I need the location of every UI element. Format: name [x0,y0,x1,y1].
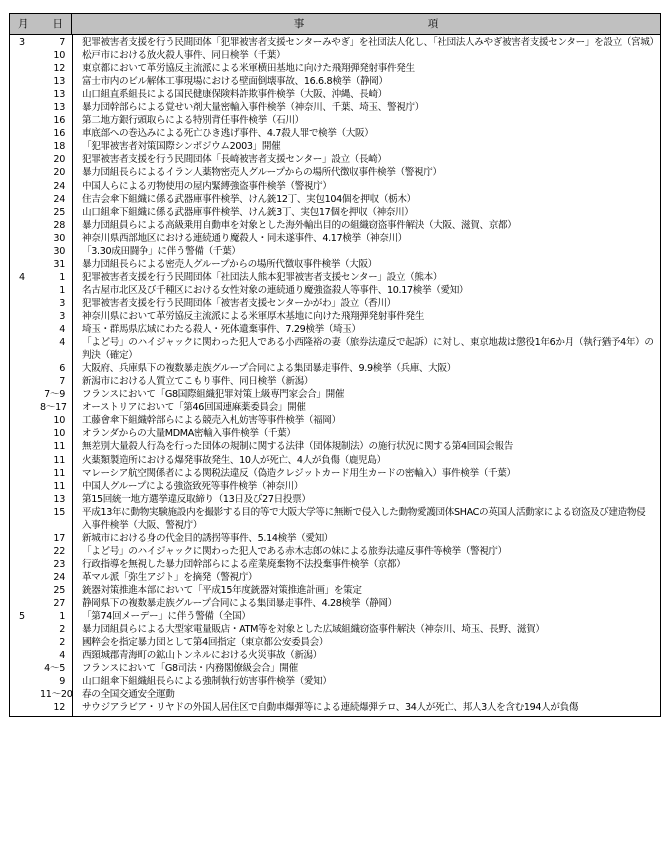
table-row: 7〜9フランスにおいて「G8国際組織犯罪対策上級専門家会合」開催 [10,388,660,401]
day-cell: 12 [40,701,72,714]
table-row: 4〜5フランスにおいて「G8司法・内務閣僚級会合」開催 [10,662,660,675]
table-row: 1名古屋市北区及び千種区における女性対象の連続通り魔強盗殺人等事件、10.17検… [10,284,660,297]
day-cell: 1 [40,610,72,623]
event-cell: 山口組直系組長による国民健康保険料詐欺事件検挙（大阪、沖縄、長崎） [72,88,660,101]
table-row: 24中国人らによる刃物使用の屋内緊縛強盗事件検挙（警視庁） [10,180,660,193]
month-cell [10,401,40,414]
table-row: 3神奈川県において革労協反主流派による米軍厚木基地に向けた飛翔弾発射事件発生 [10,310,660,323]
day-cell: 30 [40,245,72,258]
day-cell: 13 [40,88,72,101]
month-cell [10,297,40,310]
month-cell [10,232,40,245]
table-row: 27静岡県下の複数暴走族グループ合同による集団暴走事件、4.28検挙（静岡） [10,597,660,610]
day-cell: 13 [40,101,72,114]
day-cell: 24 [40,193,72,206]
month-cell [10,245,40,258]
day-cell: 10 [40,427,72,440]
event-cell: 新潟市における人質立てこもり事件、同日検挙（新潟） [72,375,660,388]
month-cell [10,88,40,101]
event-cell: 犯罪被害者支援を行う民間団体「犯罪被害者支援センターみやぎ」を社団法人化し、「社… [72,36,660,49]
event-cell: 國粹会を指定暴力団として第4回指定（東京都公安委員会） [72,636,660,649]
month-cell [10,467,40,480]
event-cell: 大阪府、兵庫県下の複数暴走族グループ合同による集団暴走事件、9.9検挙（兵庫、大… [72,362,660,375]
table-row: 2暴力団組員らによる大型家電量販店・ATM等を対象とした広域組織窃盗事件解決（神… [10,623,660,636]
table-row: 2國粹会を指定暴力団として第4回指定（東京都公安委員会） [10,636,660,649]
event-cell: 中国人グループによる強盗致死等事件検挙（神奈川） [72,480,660,493]
month-cell [10,662,40,675]
event-cell: 新城市における身の代金目的誘拐等事件、5.14検挙（愛知） [72,532,660,545]
day-cell: 22 [40,545,72,558]
month-cell [10,688,40,701]
day-cell: 25 [40,584,72,597]
month-cell [10,375,40,388]
event-cell: 犯罪被害者支援を行う民間団体「長崎被害者支援センター」設立（長崎） [72,153,660,166]
event-cell: 車底部への巻込みによる死亡ひき逃げ事件、4.7殺人罪で検挙（大阪） [72,127,660,140]
month-cell [10,623,40,636]
event-cell: 平成13年に動物実験施設内を撮影する目的等で大阪大学等に無断で侵入した動物愛護団… [72,506,660,532]
event-cell: 暴力団組長らによるイラン人薬物密売人グループからの場所代徴収事件検挙（警視庁） [72,166,660,179]
table-row: 4西頸城郡青海町の鉱山トンネルにおける火災事故（新潟） [10,649,660,662]
table-row: 4埼玉・群馬県広域にわたる殺人・死体遺棄事件、7.29検挙（埼玉） [10,323,660,336]
event-cell: 春の全国交通安全運動 [72,688,660,701]
event-cell: 「よど号」のハイジャックに関わった犯人である赤木志郎の妹による旅券法違反事件等検… [72,545,660,558]
event-cell: 中国人らによる刃物使用の屋内緊縛強盗事件検挙（警視庁） [72,180,660,193]
event-cell: 住吉会傘下組織に係る武器庫事件検挙、けん銃12丁、実包104個を押収（栃木） [72,193,660,206]
header-matter: 事 項 [72,14,660,34]
table-row: 25山口組傘下組織に係る武器庫事件検挙、けん銃3丁、実包17個を押収（神奈川） [10,206,660,219]
day-cell: 1 [40,271,72,284]
event-cell: 犯罪被害者支援を行う民間団体「社団法人熊本犯罪被害者支援センター」設立（熊本） [72,271,660,284]
event-cell: 「第74回メーデー」に伴う警備（全国） [72,610,660,623]
event-cell: 山口組傘下組織組長らによる強制執行妨害事件検挙（愛知） [72,675,660,688]
month-cell [10,480,40,493]
event-cell: フランスにおいて「G8国際組織犯罪対策上級専門家会合」開催 [72,388,660,401]
day-cell: 11 [40,440,72,453]
event-cell: 「よど号」のハイジャックに関わった犯人である小西隆裕の妻（旅券法違反で起訴）に対… [72,336,660,362]
month-cell [10,336,40,362]
month-cell [10,454,40,467]
month-cell [10,310,40,323]
day-cell: 13 [40,493,72,506]
header-matter-char-1: 事 [294,14,305,34]
table-row: 20暴力団組長らによるイラン人薬物密売人グループからの場所代徴収事件検挙（警視庁… [10,166,660,179]
table-row: 15平成13年に動物実験施設内を撮影する目的等で大阪大学等に無断で侵入した動物愛… [10,506,660,532]
day-cell: 11 [40,480,72,493]
event-cell: 富士市内のビル解体工事現場における壁面倒壊事故、16.6.8検挙（静岡） [72,75,660,88]
day-cell: 17 [40,532,72,545]
event-cell: 「3.30成田闘争」に伴う警備（千葉） [72,245,660,258]
table-row: 28暴力団組員らによる高級乗用自動車を対象とした海外輸出目的の組織窃盗事件解決（… [10,219,660,232]
event-cell: 暴力団組員らによる大型家電量販店・ATM等を対象とした広域組織窃盗事件解決（神奈… [72,623,660,636]
event-cell: フランスにおいて「G8司法・内務閣僚級会合」開催 [72,662,660,675]
month-cell [10,114,40,127]
month-cell [10,427,40,440]
table-row: 3犯罪被害者支援を行う民間団体「被害者支援センターかがわ」設立（香川） [10,297,660,310]
month-cell: 4 [10,271,40,284]
month-cell: 3 [10,36,40,49]
table-row: 13山口組直系組長による国民健康保険料詐欺事件検挙（大阪、沖縄、長崎） [10,88,660,101]
day-cell: 23 [40,558,72,571]
month-cell [10,701,40,714]
day-cell: 20 [40,166,72,179]
event-cell: 山口組傘下組織に係る武器庫事件検挙、けん銃3丁、実包17個を押収（神奈川） [72,206,660,219]
month-cell [10,388,40,401]
table-row: 12サウジアラビア・リヤドの外国人居住区で自動車爆弾等による連続爆弾テロ、34人… [10,701,660,716]
event-cell: 火薬類製造所における爆発事故発生、10人が死亡、4人が負傷（鹿児島） [72,454,660,467]
day-cell: 4 [40,336,72,362]
table-row: 11無差別大量殺人行為を行った団体の規制に関する法律（団体規制法）の施行状況に関… [10,440,660,453]
day-cell: 27 [40,597,72,610]
table-row: 16第二地方銀行頭取らによる特別背任事件検挙（石川） [10,114,660,127]
month-cell [10,532,40,545]
table-body: 37犯罪被害者支援を行う民間団体「犯罪被害者支援センターみやぎ」を社団法人化し、… [10,35,660,716]
month-cell [10,101,40,114]
event-cell: 工藤會傘下組織幹部らによる競売入札妨害等事件検挙（福岡） [72,414,660,427]
month-cell [10,558,40,571]
table-row: 41犯罪被害者支援を行う民間団体「社団法人熊本犯罪被害者支援センター」設立（熊本… [10,271,660,284]
day-cell: 6 [40,362,72,375]
event-cell: 神奈川県において革労協反主流派による米軍厚木基地に向けた飛翔弾発射事件発生 [72,310,660,323]
table-row: 25銃器対策推進本部において「平成15年度銃器対策推進計画」を策定 [10,584,660,597]
event-cell: 「犯罪被害者対策国際シンポジウム2003」開催 [72,140,660,153]
day-cell: 2 [40,623,72,636]
table-row: 11〜20春の全国交通安全運動 [10,688,660,701]
day-cell: 15 [40,506,72,532]
month-cell [10,166,40,179]
header-matter-char-2: 項 [428,14,439,34]
month-cell [10,649,40,662]
table-row: 20犯罪被害者支援を行う民間団体「長崎被害者支援センター」設立（長崎） [10,153,660,166]
table-row: 24住吉会傘下組織に係る武器庫事件検挙、けん銃12丁、実包104個を押収（栃木） [10,193,660,206]
month-cell [10,219,40,232]
day-cell: 2 [40,636,72,649]
month-cell [10,62,40,75]
event-cell: 暴力団組長らによる密売人グループからの場所代徴収事件検挙（大阪） [72,258,660,271]
table-row: 30神奈川県西部地区における連続通り魔殺人・同未遂事件、4.17検挙（神奈川） [10,232,660,245]
month-cell [10,140,40,153]
table-row: 31暴力団組長らによる密売人グループからの場所代徴収事件検挙（大阪） [10,258,660,271]
table-row: 37犯罪被害者支援を行う民間団体「犯罪被害者支援センターみやぎ」を社団法人化し、… [10,35,660,49]
event-cell: 無差別大量殺人行為を行った団体の規制に関する法律（団体規制法）の施行状況に関する… [72,440,660,453]
day-cell: 16 [40,114,72,127]
month-cell [10,636,40,649]
table-row: 11マレーシア航空関係者による関税法違反（偽造クレジットカード用生カードの密輸入… [10,467,660,480]
event-cell: 名古屋市北区及び千種区における女性対象の連続通り魔強盗殺人等事件、10.17検挙… [72,284,660,297]
table-row: 10オランダからの大量MDMA密輸入事件検挙（千葉） [10,427,660,440]
table-row: 7新潟市における人質立てこもり事件、同日検挙（新潟） [10,375,660,388]
table-row: 17新城市における身の代金目的誘拐等事件、5.14検挙（愛知） [10,532,660,545]
event-cell: 暴力団組員らによる高級乗用自動車を対象とした海外輸出目的の組織窃盗事件解決（大阪… [72,219,660,232]
header-day: 日 [40,14,72,34]
event-cell: 革マル派「弥生アジト」を摘発（警視庁） [72,571,660,584]
month-cell [10,414,40,427]
month-cell [10,49,40,62]
event-cell: 松戸市における放火殺人事件、同日検挙（千葉） [72,49,660,62]
day-cell: 4 [40,323,72,336]
event-cell: 西頸城郡青海町の鉱山トンネルにおける火災事故（新潟） [72,649,660,662]
table-row: 13第15回統一地方選挙違反取締り（13日及び27日投票） [10,493,660,506]
day-cell: 30 [40,232,72,245]
table-row: 9山口組傘下組織組長らによる強制執行妨害事件検挙（愛知） [10,675,660,688]
table-header: 月 日 事 項 [10,14,660,35]
month-cell [10,597,40,610]
day-cell: 11 [40,467,72,480]
table-row: 11火薬類製造所における爆発事故発生、10人が死亡、4人が負傷（鹿児島） [10,454,660,467]
day-cell: 9 [40,675,72,688]
table-row: 30「3.30成田闘争」に伴う警備（千葉） [10,245,660,258]
day-cell: 24 [40,180,72,193]
event-cell: オーストリアにおいて「第46回国連麻薬委員会」開催 [72,401,660,414]
event-cell: 第二地方銀行頭取らによる特別背任事件検挙（石川） [72,114,660,127]
month-cell [10,440,40,453]
event-cell: 神奈川県西部地区における連続通り魔殺人・同未遂事件、4.17検挙（神奈川） [72,232,660,245]
day-cell: 16 [40,127,72,140]
table-row: 10松戸市における放火殺人事件、同日検挙（千葉） [10,49,660,62]
day-cell: 10 [40,49,72,62]
month-cell [10,545,40,558]
month-cell [10,323,40,336]
table-row: 8〜17オーストリアにおいて「第46回国連麻薬委員会」開催 [10,401,660,414]
event-cell: マレーシア航空関係者による関税法違反（偽造クレジットカード用生カードの密輸入）事… [72,467,660,480]
event-cell: 第15回統一地方選挙違反取締り（13日及び27日投票） [72,493,660,506]
day-cell: 25 [40,206,72,219]
table-row: 13富士市内のビル解体工事現場における壁面倒壊事故、16.6.8検挙（静岡） [10,75,660,88]
table-row: 18「犯罪被害者対策国際シンポジウム2003」開催 [10,140,660,153]
day-cell: 20 [40,153,72,166]
day-cell: 13 [40,75,72,88]
table-row: 10工藤會傘下組織幹部らによる競売入札妨害等事件検挙（福岡） [10,414,660,427]
day-cell: 28 [40,219,72,232]
table-row: 6大阪府、兵庫県下の複数暴走族グループ合同による集団暴走事件、9.9検挙（兵庫、… [10,362,660,375]
table-row: 11中国人グループによる強盗致死等事件検挙（神奈川） [10,480,660,493]
month-cell [10,362,40,375]
day-cell: 10 [40,414,72,427]
month-cell [10,180,40,193]
table-row: 22「よど号」のハイジャックに関わった犯人である赤木志郎の妹による旅券法違反事件… [10,545,660,558]
event-cell: 行政指導を無視した暴力団幹部らによる産業廃棄物不法投棄事件検挙（京都） [72,558,660,571]
event-cell: 犯罪被害者支援を行う民間団体「被害者支援センターかがわ」設立（香川） [72,297,660,310]
table-row: 24革マル派「弥生アジト」を摘発（警視庁） [10,571,660,584]
day-cell: 7 [40,375,72,388]
month-cell [10,153,40,166]
table-row: 51「第74回メーデー」に伴う警備（全国） [10,610,660,623]
chronology-table: 月 日 事 項 37犯罪被害者支援を行う民間団体「犯罪被害者支援センターみやぎ」… [9,13,661,717]
event-cell: オランダからの大量MDMA密輸入事件検挙（千葉） [72,427,660,440]
day-cell: 8〜17 [40,401,72,414]
day-cell: 3 [40,310,72,323]
month-cell [10,571,40,584]
day-cell: 7 [40,36,72,49]
event-cell: 埼玉・群馬県広域にわたる殺人・死体遺棄事件、7.29検挙（埼玉） [72,323,660,336]
day-cell: 3 [40,297,72,310]
month-cell [10,675,40,688]
month-cell [10,206,40,219]
day-cell: 12 [40,62,72,75]
month-cell [10,493,40,506]
event-cell: サウジアラビア・リヤドの外国人居住区で自動車爆弾等による連続爆弾テロ、34人が死… [72,701,660,714]
day-cell: 4 [40,649,72,662]
day-cell: 4〜5 [40,662,72,675]
table-row: 16車底部への巻込みによる死亡ひき逃げ事件、4.7殺人罪で検挙（大阪） [10,127,660,140]
month-cell [10,127,40,140]
event-cell: 銃器対策推進本部において「平成15年度銃器対策推進計画」を策定 [72,584,660,597]
table-row: 23行政指導を無視した暴力団幹部らによる産業廃棄物不法投棄事件検挙（京都） [10,558,660,571]
month-cell [10,284,40,297]
table-row: 12東京都において革労協反主流派による米軍横田基地に向けた飛翔弾発射事件発生 [10,62,660,75]
day-cell: 7〜9 [40,388,72,401]
table-row: 13暴力団幹部らによる覚せい剤大量密輸入事件検挙（神奈川、千葉、埼玉、警視庁） [10,101,660,114]
event-cell: 東京都において革労協反主流派による米軍横田基地に向けた飛翔弾発射事件発生 [72,62,660,75]
day-cell: 18 [40,140,72,153]
day-cell: 31 [40,258,72,271]
day-cell: 24 [40,571,72,584]
header-month: 月 [10,14,40,34]
day-cell: 11 [40,454,72,467]
day-cell: 11〜20 [40,688,72,701]
month-cell: 5 [10,610,40,623]
event-cell: 静岡県下の複数暴走族グループ合同による集団暴走事件、4.28検挙（静岡） [72,597,660,610]
month-cell [10,506,40,532]
month-cell [10,258,40,271]
month-cell [10,193,40,206]
month-cell [10,584,40,597]
month-cell [10,75,40,88]
event-cell: 暴力団幹部らによる覚せい剤大量密輸入事件検挙（神奈川、千葉、埼玉、警視庁） [72,101,660,114]
table-row: 4「よど号」のハイジャックに関わった犯人である小西隆裕の妻（旅券法違反で起訴）に… [10,336,660,362]
day-cell: 1 [40,284,72,297]
